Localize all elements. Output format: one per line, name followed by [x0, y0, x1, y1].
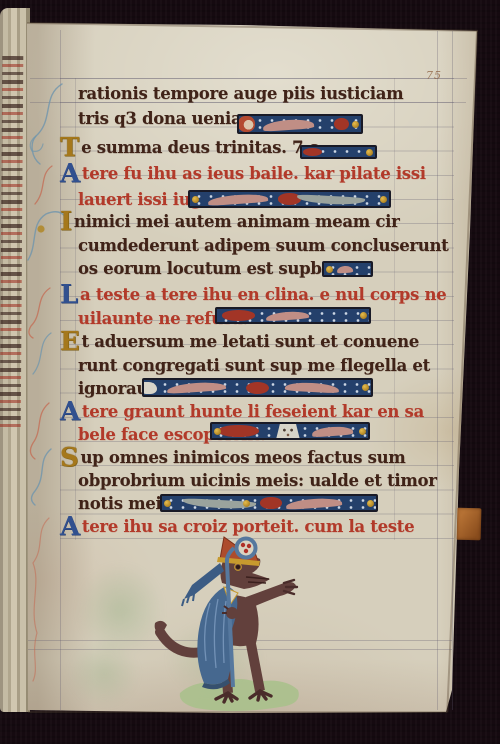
text-line: Te summa deus trinitas. 7 c. [78, 138, 324, 158]
bookmark-tab [457, 508, 482, 541]
illuminated-initial: S [60, 450, 78, 466]
rubric-line: Atere fu ihu as ieus baile. kar pilate i… [78, 164, 426, 184]
line-filler-waves [160, 494, 378, 512]
illuminated-initial: A [60, 519, 80, 535]
line-filler-knot [322, 261, 373, 277]
illuminated-initial: T [60, 140, 79, 156]
line-filler-hooded-head [237, 114, 363, 134]
manuscript-photo: 75 rationis tempore auge piis iusticiam … [0, 0, 500, 744]
illuminated-initial: A [60, 404, 80, 420]
illuminated-initial: E [60, 334, 80, 350]
rubric-line: Atere graunt hunte li feseient kar en sa [78, 402, 424, 422]
line-filler-dragon-wave [215, 307, 371, 324]
fox-bishop-illustration [138, 533, 313, 718]
line-filler-dragon [300, 145, 377, 159]
text-line: rationis tempore auge piis iusticiam [78, 84, 403, 104]
line-filler-beast-head [142, 378, 373, 397]
text-line: Et aduersum me letati sunt et conuene [78, 332, 419, 352]
rubric-line: La teste a tere ihu en clina. e nul corp… [78, 285, 446, 305]
text-line: runt congregati sunt sup me flegella et [78, 356, 430, 376]
line-filler-winged-beast [188, 190, 391, 208]
illuminated-initial: L [60, 287, 78, 303]
illuminated-initial: A [60, 166, 80, 182]
line-filler-face-shield [210, 422, 370, 440]
text-line: Inimici mei autem animam meam cir [78, 212, 399, 232]
folio-number: 75 [426, 69, 442, 82]
text-line: Sup omnes inimicos meos factus sum [78, 448, 405, 468]
ruling-vertical [452, 31, 453, 710]
ruling-throughline [30, 78, 467, 79]
ruling-vertical [437, 31, 438, 710]
text-line: os eorum locutum est supbiam. [78, 259, 361, 279]
text-line: obprobrium uicinis meis: ualde et timor [78, 471, 437, 491]
illuminated-initial: I [60, 214, 72, 230]
text-line: cumdederunt adipem suum concluserunt [78, 236, 449, 256]
green-mound [180, 679, 299, 711]
